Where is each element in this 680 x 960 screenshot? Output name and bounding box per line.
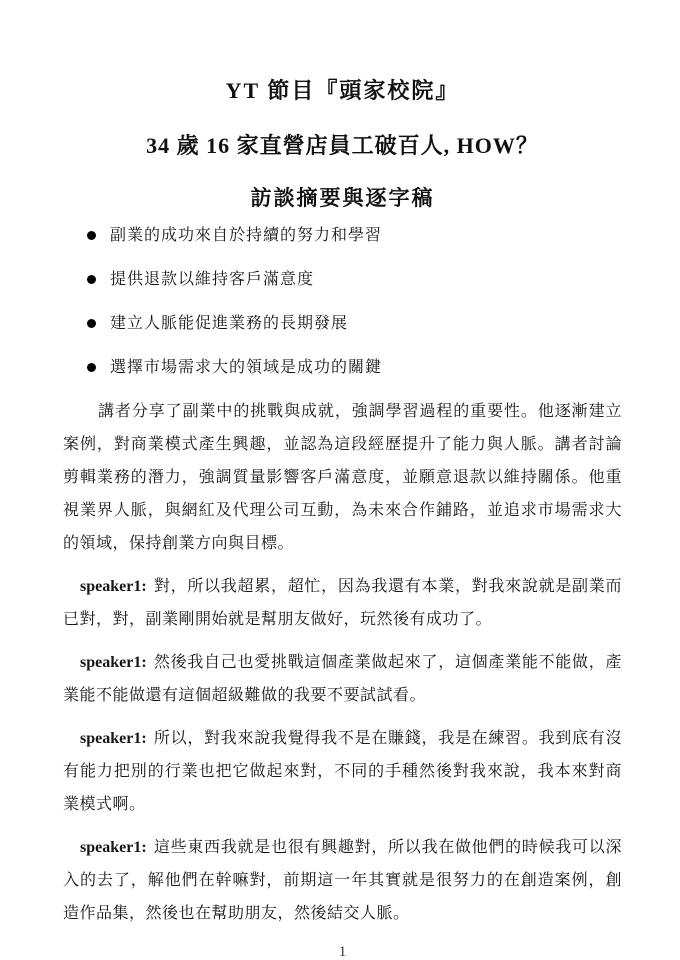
page-number: 1 [63,944,622,960]
speaker-label: speaker1: [80,730,147,747]
speaker-label: speaker1: [80,654,147,671]
document-page: YT 節目『頭家校院』 34 歲 16 家直營店員工破百人, HOW？ 訪談摘要… [0,0,680,960]
bullet-text: 副業的成功來自於持續的努力和學習 [110,227,382,244]
bullet-text: 選擇市場需求大的領域是成功的關鍵 [110,359,382,376]
doc-title-line-3: 訪談摘要與逐字稿 [63,186,622,211]
bullet-item: 建立人脈能促進業務的長期發展 [63,307,622,340]
speaker-label: speaker1: [80,839,147,856]
bullet-dot-icon [87,275,96,284]
doc-title-line-2: 34 歲 16 家直營店員工破百人, HOW？ [63,133,622,159]
bullet-item: 提供退款以維持客戶滿意度 [63,263,622,296]
transcript-paragraph: speaker1:這些東西我就是也很有興趣對，所以我在做他們的時候我可以深入的去… [63,831,622,930]
doc-title-line-1: YT 節目『頭家校院』 [63,78,622,104]
bullet-item: 選擇市場需求大的領域是成功的關鍵 [63,351,622,384]
bullet-item: 副業的成功來自於持續的努力和學習 [63,219,622,252]
transcript-paragraph: speaker1:然後我自己也愛挑戰這個產業做起來了，這個產業能不能做，產業能不… [63,646,622,712]
transcript-paragraph: speaker1:對，所以我超累，超忙，因為我還有本業，對我來說就是副業而已對，… [63,570,622,636]
bullet-text: 建立人脈能促進業務的長期發展 [110,315,348,332]
summary-paragraph: 講者分享了副業中的挑戰與成就，強調學習過程的重要性。他逐漸建立案例，對商業模式產… [63,395,622,560]
bullet-dot-icon [87,319,96,328]
bullet-dot-icon [87,231,96,240]
summary-bullet-list: 副業的成功來自於持續的努力和學習 提供退款以維持客戶滿意度 建立人脈能促進業務的… [63,219,622,384]
speaker-label: speaker1: [80,578,147,595]
transcript-paragraph: speaker1:所以，對我來說我覺得我不是在賺錢，我是在練習。我到底有沒有能力… [63,722,622,821]
bullet-dot-icon [87,363,96,372]
bullet-text: 提供退款以維持客戶滿意度 [110,271,314,288]
